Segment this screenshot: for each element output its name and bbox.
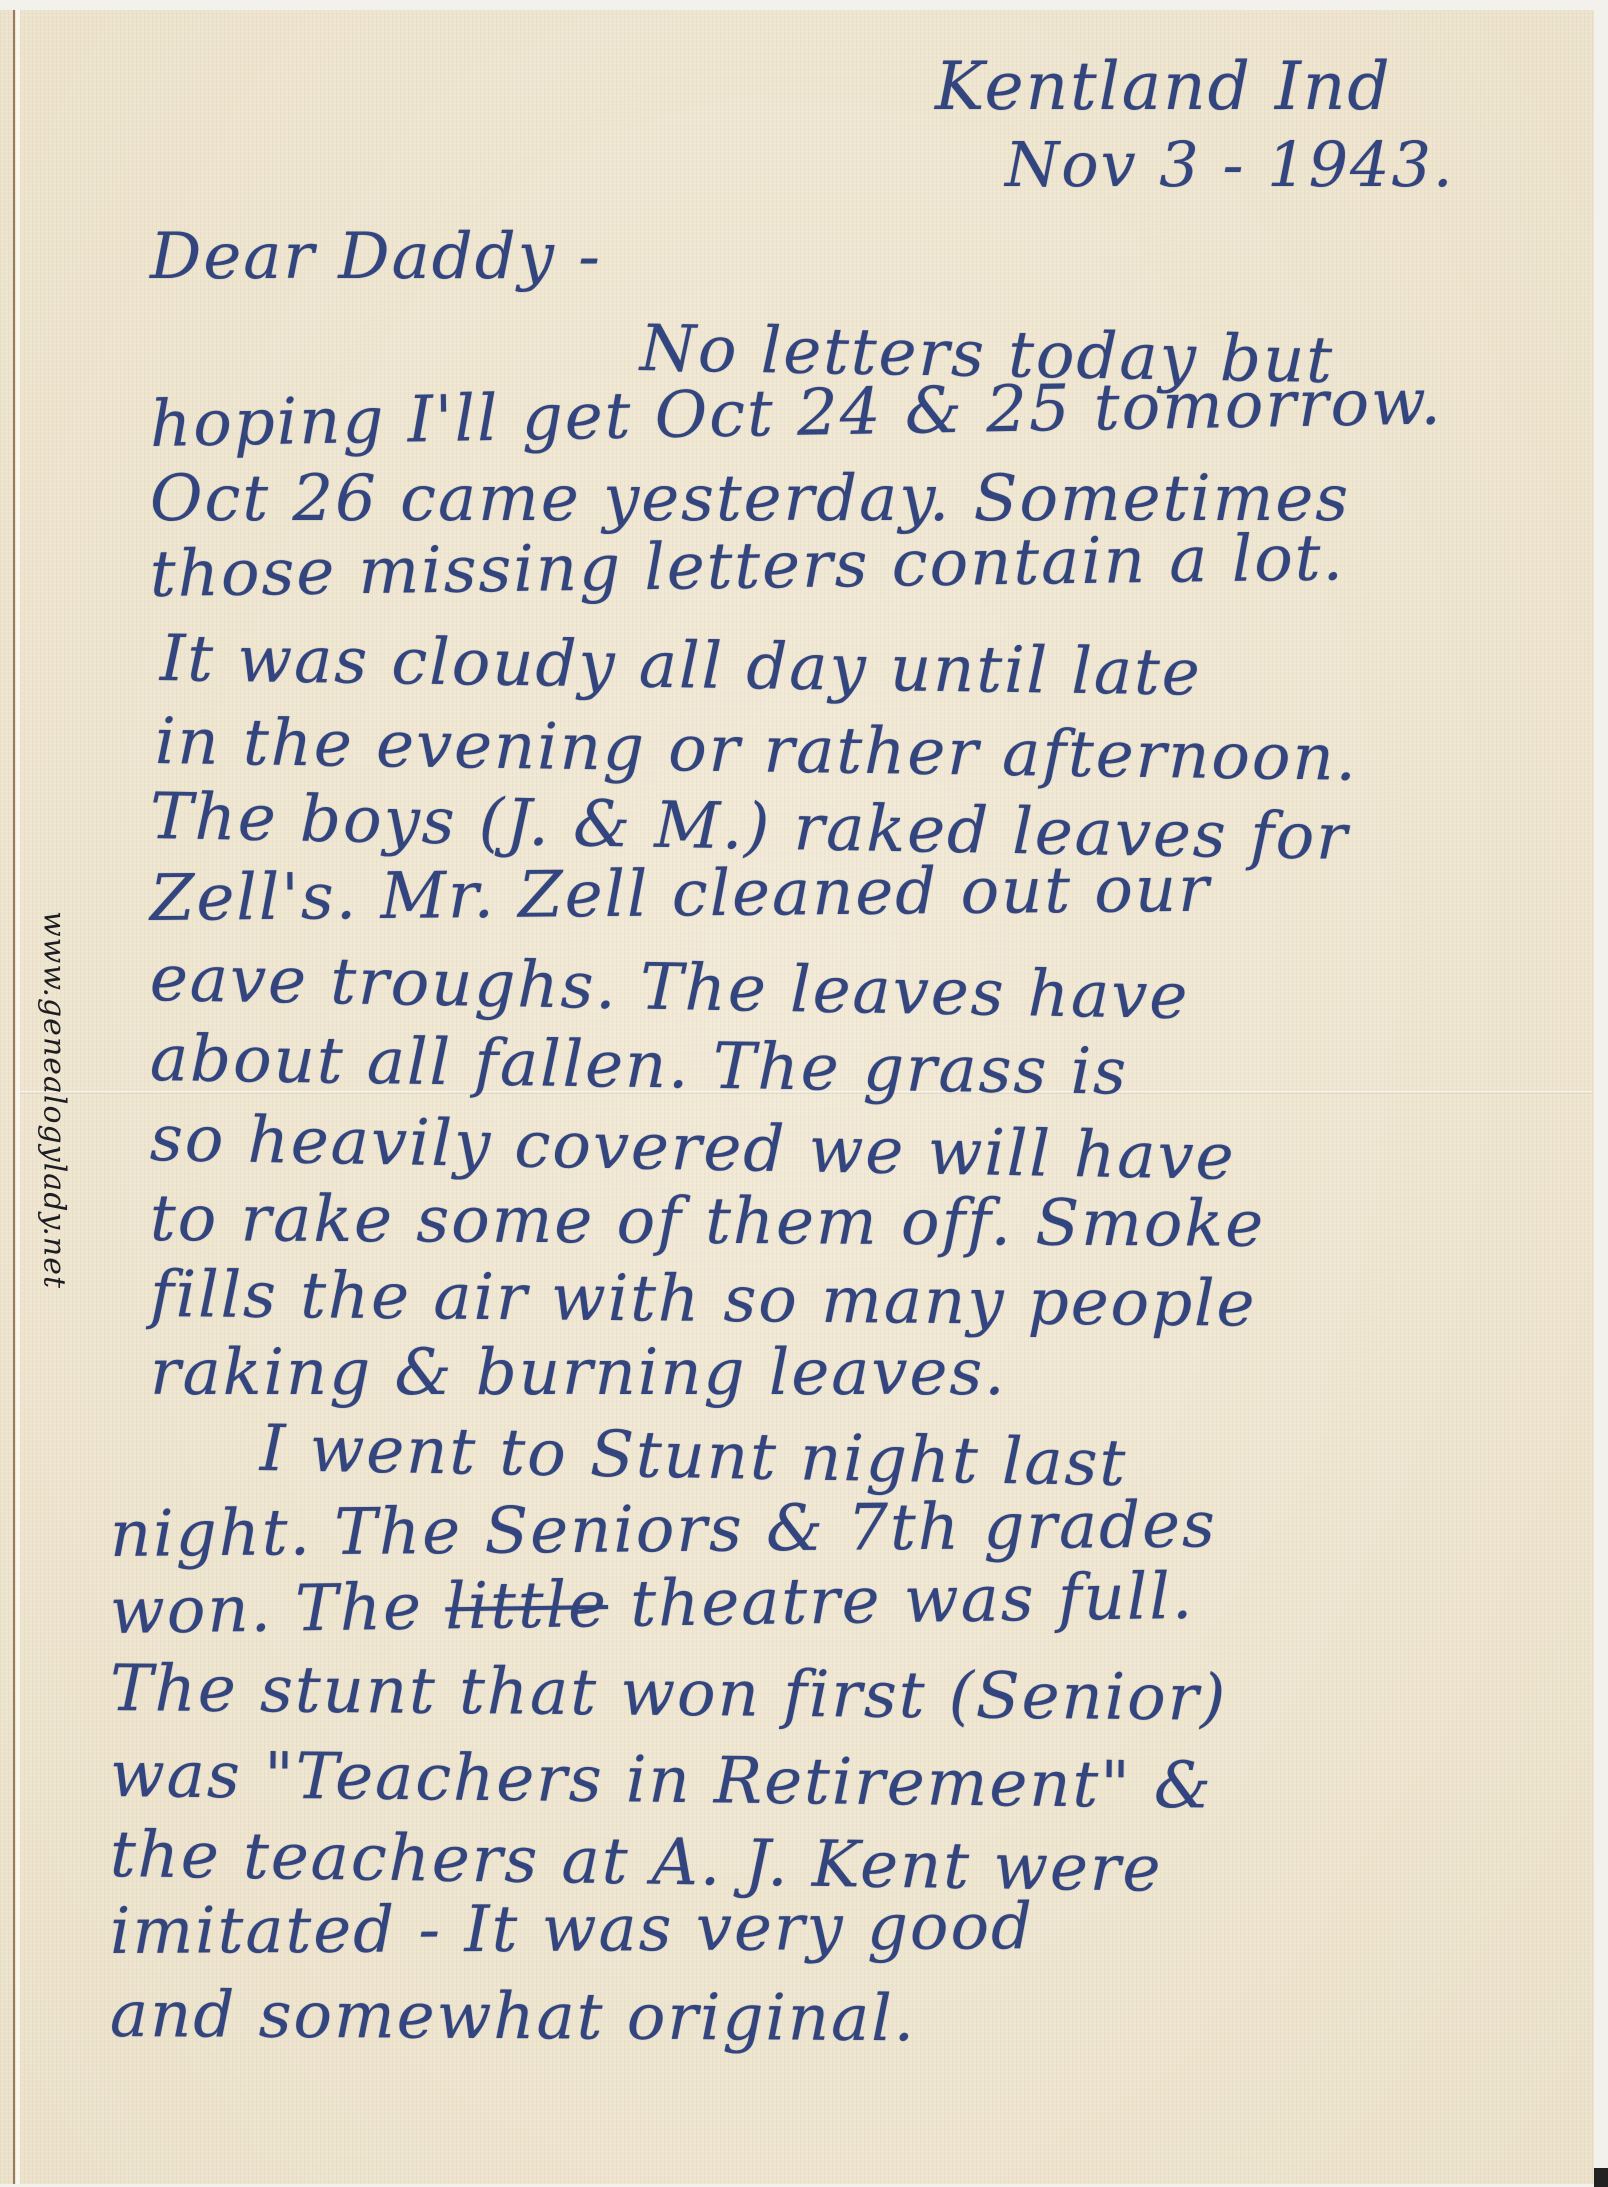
- letter-line: I went to Stunt night last: [259, 1412, 1128, 1501]
- paper-edge-line: [13, 10, 15, 2184]
- letter-line: night. The Seniors & 7th grades: [110, 1488, 1217, 1572]
- line-part: theatre was full.: [607, 1560, 1194, 1642]
- letter-line: The stunt that won first (Senior): [110, 1652, 1228, 1736]
- letter-date: Nov 3 - 1943.: [1005, 128, 1455, 201]
- scan-corner-shadow: [1594, 2168, 1608, 2187]
- letter-line: It was cloudy all day until late: [159, 622, 1202, 711]
- salutation: Dear Daddy -: [150, 220, 602, 294]
- letter-line: imitated - It was very good: [110, 1890, 1034, 1969]
- letter-line: fills the air with so many people: [150, 1258, 1257, 1342]
- letter-place: Kentland Ind: [935, 48, 1392, 125]
- letter-line: about all fallen. The grass is: [149, 1022, 1128, 1110]
- letter-line: was "Teachers in Retirement" &: [110, 1738, 1214, 1824]
- line-part: won. The: [109, 1570, 445, 1649]
- crossed-out-word: little: [445, 1568, 609, 1644]
- letter-line: won. The little theatre was full.: [109, 1560, 1194, 1649]
- letter-line: raking & burning leaves.: [150, 1336, 1007, 1410]
- paper-edge-highlight: [16, 10, 20, 2184]
- letter-line: to rake some of them off. Smoke: [150, 1182, 1265, 1262]
- watermark: www.genealogylady.net: [37, 911, 72, 1289]
- letter-line: and somewhat original.: [110, 1978, 916, 2056]
- letter-line: Zell's. Mr. Zell cleaned out our: [150, 853, 1211, 936]
